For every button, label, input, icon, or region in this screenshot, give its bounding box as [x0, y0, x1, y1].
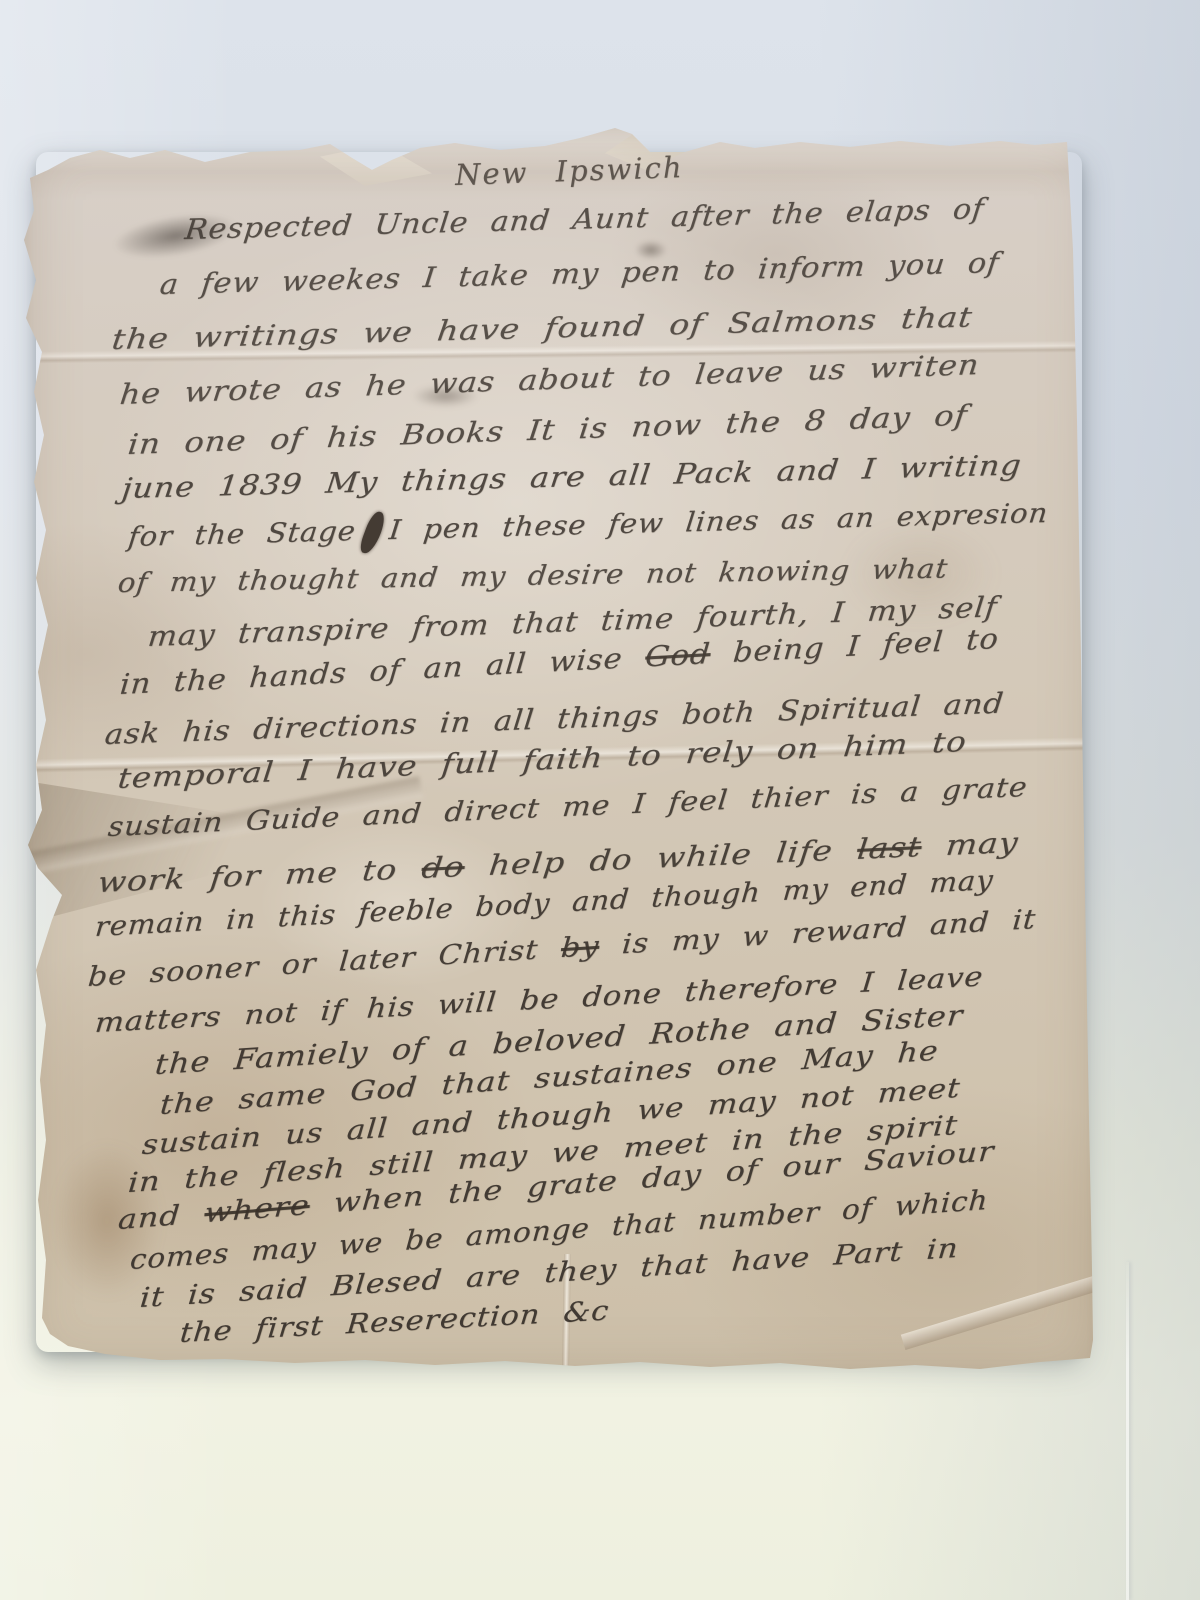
letter-line: he wrote as he was about to leave us wri…	[118, 348, 981, 411]
letter-text: of my thought and my desire not knowing …	[116, 553, 949, 599]
letter-text: work for me to	[96, 852, 423, 899]
letter-text: and	[117, 1198, 206, 1236]
letter-text: a few weekes I take my pen to inform you…	[158, 246, 1001, 301]
letter-text-layer: New Ipswich Respected Uncle and Aunt aft…	[20, 128, 1100, 1380]
letter-text: may	[920, 826, 1020, 863]
letter-line: for the StageI pen these few lines as an…	[126, 494, 1050, 560]
struck-word: do	[420, 850, 466, 885]
struck-word: God	[644, 637, 712, 674]
letter-text: in one of his Books It is now the 8 day …	[126, 399, 969, 461]
photo-background: New Ipswich Respected Uncle and Aunt aft…	[0, 0, 1200, 1600]
letter-line: a few weekes I take my pen to inform you…	[158, 246, 1001, 301]
letter-text: Respected Uncle and Aunt after the elaps…	[183, 192, 986, 246]
letter-text: june 1839 My things are all Pack and I w…	[120, 448, 1023, 505]
letter-line: Respected Uncle and Aunt after the elaps…	[183, 192, 986, 246]
letter-text: be sooner or later Christ	[87, 933, 562, 993]
letter-heading: New Ipswich	[454, 150, 684, 192]
letter-text: he wrote as he was about to leave us wri…	[118, 348, 981, 411]
background-seam-line	[1126, 1262, 1129, 1600]
letter-text: for the Stage	[127, 516, 358, 553]
letter-text: I pen these few lines as an expresion	[388, 498, 1050, 546]
struck-word: last	[856, 830, 924, 866]
ink-blot	[357, 510, 388, 554]
struck-word: where	[204, 1190, 311, 1230]
letter-line: june 1839 My things are all Pack and I w…	[120, 448, 1023, 505]
struck-word: by	[560, 931, 601, 965]
letter-text: the writings we have found of Salmons th…	[110, 300, 975, 356]
letter-line: in one of his Books It is now the 8 day …	[126, 399, 969, 461]
letter-line: of my thought and my desire not knowing …	[116, 553, 949, 599]
letter-paper: New Ipswich Respected Uncle and Aunt aft…	[20, 128, 1100, 1380]
letter-line: the writings we have found of Salmons th…	[110, 300, 975, 356]
